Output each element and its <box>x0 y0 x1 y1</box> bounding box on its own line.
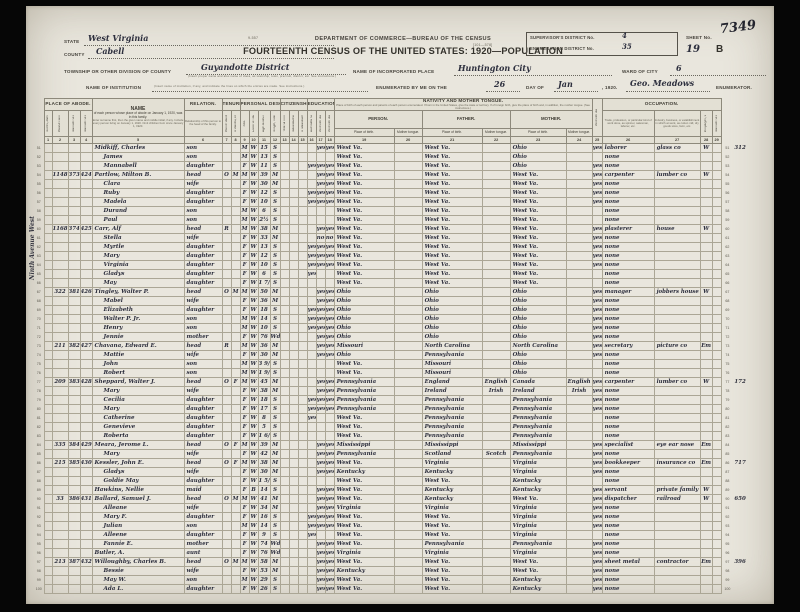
employer-class <box>700 539 712 548</box>
dwelling-number <box>68 395 80 404</box>
line-number: 87 <box>34 467 44 476</box>
farm-schedule <box>712 278 721 287</box>
color-race: W <box>249 458 258 467</box>
can-read <box>316 215 325 224</box>
free-mortgaged <box>231 503 240 512</box>
industry <box>654 350 700 359</box>
can-write: yes <box>325 314 334 323</box>
line-number-right: 58 <box>721 206 733 215</box>
mother-birthplace: Virginia <box>510 503 566 512</box>
relation: son <box>184 323 222 332</box>
person-birthplace: West Va. <box>334 161 394 170</box>
occupation: none <box>602 152 654 161</box>
occupation: none <box>602 359 654 368</box>
color-race: W <box>249 233 258 242</box>
state-label: STATE <box>64 39 79 44</box>
home-owned-rented <box>222 485 231 494</box>
farm-schedule <box>712 314 721 323</box>
owned-subheader: Home owned or rented. <box>222 110 231 136</box>
farm-schedule <box>712 566 721 575</box>
occupation: none <box>602 233 654 242</box>
attended-school <box>307 548 316 557</box>
farm-schedule <box>712 494 721 503</box>
sex: M <box>240 314 249 323</box>
can-read: yes <box>316 404 325 413</box>
immigration-year <box>280 161 289 170</box>
line-number-right: 65 <box>721 269 733 278</box>
naturalized <box>289 584 298 593</box>
enumeration-value: 35 <box>622 42 632 51</box>
industry <box>654 431 700 440</box>
margin-note: 396 <box>733 557 747 566</box>
can-write <box>325 269 334 278</box>
line-number: 86 <box>34 458 44 467</box>
sex: F <box>240 188 249 197</box>
house-number <box>52 206 68 215</box>
dwelling-number: 386 <box>68 494 80 503</box>
state-value: West Virginia <box>88 33 148 43</box>
speaks-english: yes <box>592 350 602 359</box>
mother-tongue-subheader: Mother tongue. <box>394 128 422 136</box>
farm-schedule <box>712 422 721 431</box>
name: Gladys <box>92 269 184 278</box>
relation: head <box>184 494 222 503</box>
naturalization-year <box>298 431 307 440</box>
speaks-english: yes <box>592 566 602 575</box>
person-birthplace: West Va. <box>334 206 394 215</box>
house-number: 211 <box>52 341 68 350</box>
father-birthplace: West Va. <box>422 566 482 575</box>
person-mother-tongue <box>394 215 422 224</box>
color-race: W <box>249 242 258 251</box>
margin-note <box>733 332 747 341</box>
can-read: yes <box>316 260 325 269</box>
relation: daughter <box>184 431 222 440</box>
name: Hawkins, Nellie <box>92 485 184 494</box>
column-number: 13 <box>280 136 289 143</box>
home-owned-rented <box>222 584 231 593</box>
employer-class: Em <box>700 440 712 449</box>
occupation: none <box>602 476 654 485</box>
street <box>44 431 52 440</box>
speaks-english: yes <box>592 296 602 305</box>
person-mother-tongue <box>394 224 422 233</box>
speaks-english <box>592 368 602 377</box>
person-mother-tongue <box>394 521 422 530</box>
dwelling-number <box>68 521 80 530</box>
attended-school <box>307 539 316 548</box>
person-mother-tongue <box>394 323 422 332</box>
relation: son <box>184 215 222 224</box>
line-number: 63 <box>34 251 44 260</box>
naturalization-year <box>298 404 307 413</box>
census-row: 53MannabelldaughterFW11SyesyesyesWest Va… <box>34 161 747 170</box>
color-race: W <box>249 548 258 557</box>
line-number-right: 60 <box>721 224 733 233</box>
speaks-english: yes <box>592 467 602 476</box>
mother-mother-tongue <box>566 188 592 197</box>
farm-schedule <box>712 368 721 377</box>
mother-birthplace: Ohio <box>510 305 566 314</box>
person-mother-tongue <box>394 422 422 431</box>
marital-status: S <box>270 143 280 152</box>
color-race: W <box>249 341 258 350</box>
mother-birthplace: West Va. <box>510 206 566 215</box>
free-mortgaged <box>231 368 240 377</box>
free-mortgaged: F <box>231 440 240 449</box>
sex: F <box>240 233 249 242</box>
occupation: none <box>602 206 654 215</box>
dwelling-number <box>68 206 80 215</box>
father-mother-tongue <box>482 269 510 278</box>
naturalized <box>289 503 298 512</box>
mother-birthplace: West Va. <box>510 188 566 197</box>
dwelling-number <box>68 359 80 368</box>
mother-mother-tongue <box>566 251 592 260</box>
naturalized <box>289 179 298 188</box>
free-mortgaged <box>231 359 240 368</box>
attended-school <box>307 467 316 476</box>
immigration-year <box>280 260 289 269</box>
color-race: W <box>249 296 258 305</box>
naturalization-year <box>298 386 307 395</box>
age: 30 <box>258 350 270 359</box>
free-mortgaged <box>231 512 240 521</box>
home-owned-rented <box>222 233 231 242</box>
speaks-english: yes <box>592 233 602 242</box>
house-number <box>52 143 68 152</box>
house-number: 33 <box>52 494 68 503</box>
person-mother-tongue <box>394 341 422 350</box>
relation: head <box>184 224 222 233</box>
house-number <box>52 386 68 395</box>
age: 42 <box>258 449 270 458</box>
naturalized <box>289 305 298 314</box>
color-race: W <box>249 323 258 332</box>
employer-class <box>700 350 712 359</box>
line-number: 100 <box>34 584 44 593</box>
employer-class <box>700 530 712 539</box>
occupation: none <box>602 512 654 521</box>
naturalized <box>289 260 298 269</box>
home-owned-rented <box>222 521 231 530</box>
attended-school <box>307 557 316 566</box>
house-number: 213 <box>52 557 68 566</box>
industry: private family <box>654 485 700 494</box>
naturalization-year <box>298 584 307 593</box>
employer-class <box>700 269 712 278</box>
can-write: no <box>325 233 334 242</box>
line-number-right: 88 <box>721 476 733 485</box>
free-mortgaged <box>231 386 240 395</box>
line-number-right: 89 <box>721 485 733 494</box>
relation: son <box>184 314 222 323</box>
immigration-year <box>280 449 289 458</box>
can-read: yes <box>316 197 325 206</box>
street <box>44 386 52 395</box>
employer-class <box>700 431 712 440</box>
family-number <box>80 350 92 359</box>
family-number <box>80 485 92 494</box>
dwelling-number <box>68 512 80 521</box>
color-race: W <box>249 386 258 395</box>
speaks-english <box>592 413 602 422</box>
father-mother-tongue <box>482 557 510 566</box>
industry: house <box>654 224 700 233</box>
family-number <box>80 296 92 305</box>
sex: M <box>240 557 249 566</box>
naturalized <box>289 215 298 224</box>
scanned-census-page: { "scan": { "page_number": "7349", "stre… <box>0 0 800 612</box>
relation: daughter <box>184 305 222 314</box>
speaks-english <box>592 206 602 215</box>
father-birthplace: West Va. <box>422 530 482 539</box>
can-write: yes <box>325 161 334 170</box>
can-read: yes <box>316 143 325 152</box>
dwelling-number: 382 <box>68 341 80 350</box>
father-mother-tongue <box>482 413 510 422</box>
marital-status: M <box>270 503 280 512</box>
age: 39 <box>258 440 270 449</box>
census-row: 98BessiewifeFW53MyesyesKentuckyWest Va.W… <box>34 566 747 575</box>
marital-status: Wd <box>270 548 280 557</box>
margin-note <box>733 350 747 359</box>
age: 9 <box>258 530 270 539</box>
naturalized <box>289 323 298 332</box>
house-number <box>52 539 68 548</box>
marital-status: M <box>270 341 280 350</box>
naturalized <box>289 494 298 503</box>
naturalized <box>289 467 298 476</box>
immigration-year <box>280 422 289 431</box>
dwelling-number <box>68 242 80 251</box>
can-read: yes <box>316 341 325 350</box>
school-subheader: Attended school any time since Sept. 1, … <box>307 110 316 136</box>
relation: daughter <box>184 161 222 170</box>
sheet-letter: B <box>716 44 723 55</box>
speaks-english: yes <box>592 458 602 467</box>
street <box>44 314 52 323</box>
father-birthplace: West Va. <box>422 233 482 242</box>
house-number <box>52 485 68 494</box>
family-number <box>80 314 92 323</box>
sex: F <box>240 296 249 305</box>
free-mortgaged: M <box>231 557 240 566</box>
attended-school <box>307 431 316 440</box>
can-read <box>316 278 325 287</box>
census-row: 71HenrysonMW10SyesyesyesOhioOhioOhioyesn… <box>34 323 747 332</box>
line-number: 71 <box>34 323 44 332</box>
line-number: 77 <box>34 377 44 386</box>
line-col-header <box>34 99 44 144</box>
family-number: 425 <box>80 224 92 233</box>
column-number: 19 <box>334 136 394 143</box>
house-number <box>52 395 68 404</box>
mother-mother-tongue <box>566 278 592 287</box>
name: Elizabeth <box>92 305 184 314</box>
name: Clara <box>92 179 184 188</box>
can-read <box>316 359 325 368</box>
father-mother-tongue <box>482 404 510 413</box>
dwelling-number <box>68 350 80 359</box>
age: 10 <box>258 323 270 332</box>
naturalization-year <box>298 332 307 341</box>
line-number: 81 <box>34 413 44 422</box>
sex-subheader: Sex. <box>240 110 249 136</box>
family-number <box>80 530 92 539</box>
age: 15 <box>258 143 270 152</box>
line-number: 61 <box>34 233 44 242</box>
farm-schedule <box>712 332 721 341</box>
column-number: 12 <box>270 136 280 143</box>
attended-school: yes <box>307 305 316 314</box>
attended-school: yes <box>307 197 316 206</box>
dwelling-number <box>68 386 80 395</box>
family-number <box>80 323 92 332</box>
color-race: W <box>249 251 258 260</box>
name: Walter P. Jr. <box>92 314 184 323</box>
farm-schedule <box>712 575 721 584</box>
naturalized <box>289 422 298 431</box>
margin-note <box>733 548 747 557</box>
township-value: Guyandotte District <box>201 62 290 72</box>
margin-note <box>733 278 747 287</box>
occupation: specialist <box>602 440 654 449</box>
house-number <box>52 152 68 161</box>
street <box>44 359 52 368</box>
naturalization-year <box>298 341 307 350</box>
dwelling-number <box>68 548 80 557</box>
relation: daughter <box>184 269 222 278</box>
line-number: 91 <box>34 503 44 512</box>
can-read: yes <box>316 440 325 449</box>
person-mother-tongue <box>394 494 422 503</box>
name: Alleane <box>92 503 184 512</box>
line-number: 90 <box>34 494 44 503</box>
naturalized <box>289 530 298 539</box>
employer-class <box>700 413 712 422</box>
father-mother-tongue <box>482 332 510 341</box>
industry: eye ear nose <box>654 440 700 449</box>
immigration-year <box>280 485 289 494</box>
enumerated-label: ENUMERATED BY ME ON THE <box>376 85 447 90</box>
speaks-english: yes <box>592 395 602 404</box>
street <box>44 422 52 431</box>
street <box>44 467 52 476</box>
father-mother-tongue <box>482 314 510 323</box>
census-row: 68MabelwifeFW36MyesyesOhioOhioOhioyesnon… <box>34 296 747 305</box>
marital-status: S <box>270 188 280 197</box>
naturalization-year <box>298 422 307 431</box>
can-write: yes <box>325 350 334 359</box>
family-number: 427 <box>80 341 92 350</box>
person-mother-tongue <box>394 476 422 485</box>
line-number-right: 82 <box>721 422 733 431</box>
incorporated-label: NAME OF INCORPORATED PLACE <box>353 69 434 74</box>
mother-mother-tongue <box>566 341 592 350</box>
education-header: EDUCATION. <box>307 99 334 111</box>
marital-status: Wd <box>270 539 280 548</box>
census-row: 85MarywifeFW42MyesyesPennsylvaniaScotlan… <box>34 449 747 458</box>
color-race: W <box>249 332 258 341</box>
sex: M <box>240 323 249 332</box>
immigration-year <box>280 215 289 224</box>
immigration-year <box>280 584 289 593</box>
family-number <box>80 242 92 251</box>
naturalization-year <box>298 539 307 548</box>
family-number <box>80 386 92 395</box>
mother-mother-tongue <box>566 512 592 521</box>
can-write: yes <box>325 440 334 449</box>
dwelling-number <box>68 296 80 305</box>
home-owned-rented <box>222 395 231 404</box>
sex: M <box>240 359 249 368</box>
color-race: W <box>249 584 258 593</box>
home-owned-rented: O <box>222 440 231 449</box>
color-race: W <box>249 206 258 215</box>
day-underline <box>486 90 520 92</box>
street <box>44 197 52 206</box>
age: 11 <box>258 161 270 170</box>
margin-note <box>733 368 747 377</box>
color-race: W <box>249 557 258 566</box>
marital-status: S <box>270 431 280 440</box>
house-number <box>52 305 68 314</box>
naturalization-year <box>298 521 307 530</box>
dwelling-number <box>68 368 80 377</box>
column-number: 24 <box>566 136 592 143</box>
relation: wife <box>184 296 222 305</box>
occupation: none <box>602 449 654 458</box>
free-mortgaged <box>231 260 240 269</box>
industry <box>654 332 700 341</box>
write-subheader: Whether able to write. <box>325 110 334 136</box>
person-mother-tongue <box>394 467 422 476</box>
can-read: yes <box>316 314 325 323</box>
line-number: 75 <box>34 359 44 368</box>
mother-birthplace: West Va. <box>510 278 566 287</box>
person-birthplace: West Va. <box>334 458 394 467</box>
person-mother-tongue <box>394 458 422 467</box>
immigration-year <box>280 143 289 152</box>
can-read: yes <box>316 503 325 512</box>
street <box>44 287 52 296</box>
color-race: W <box>249 530 258 539</box>
can-write: yes <box>325 242 334 251</box>
township-note: (Insert proper name and also name of cla… <box>188 75 346 78</box>
census-row: 97213387432Willoughby, Charles B.headOMM… <box>34 557 747 566</box>
color-race: W <box>249 404 258 413</box>
census-row: 84335384429Meara, Jerome L.headOFMW39Mye… <box>34 440 747 449</box>
can-read: yes <box>316 305 325 314</box>
naturalization-year <box>298 170 307 179</box>
father-mother-tongue <box>482 287 510 296</box>
street <box>44 539 52 548</box>
employer-class <box>700 584 712 593</box>
margin-note <box>733 440 747 449</box>
free-mortgaged <box>231 548 240 557</box>
naturalization-year <box>298 269 307 278</box>
family-number <box>80 179 92 188</box>
person-mother-tongue <box>394 539 422 548</box>
house-number <box>52 530 68 539</box>
occupation: none <box>602 350 654 359</box>
house-number <box>52 215 68 224</box>
speaks-english <box>592 278 602 287</box>
immigration-year <box>280 341 289 350</box>
employer-class <box>700 566 712 575</box>
age: 38 <box>258 386 270 395</box>
